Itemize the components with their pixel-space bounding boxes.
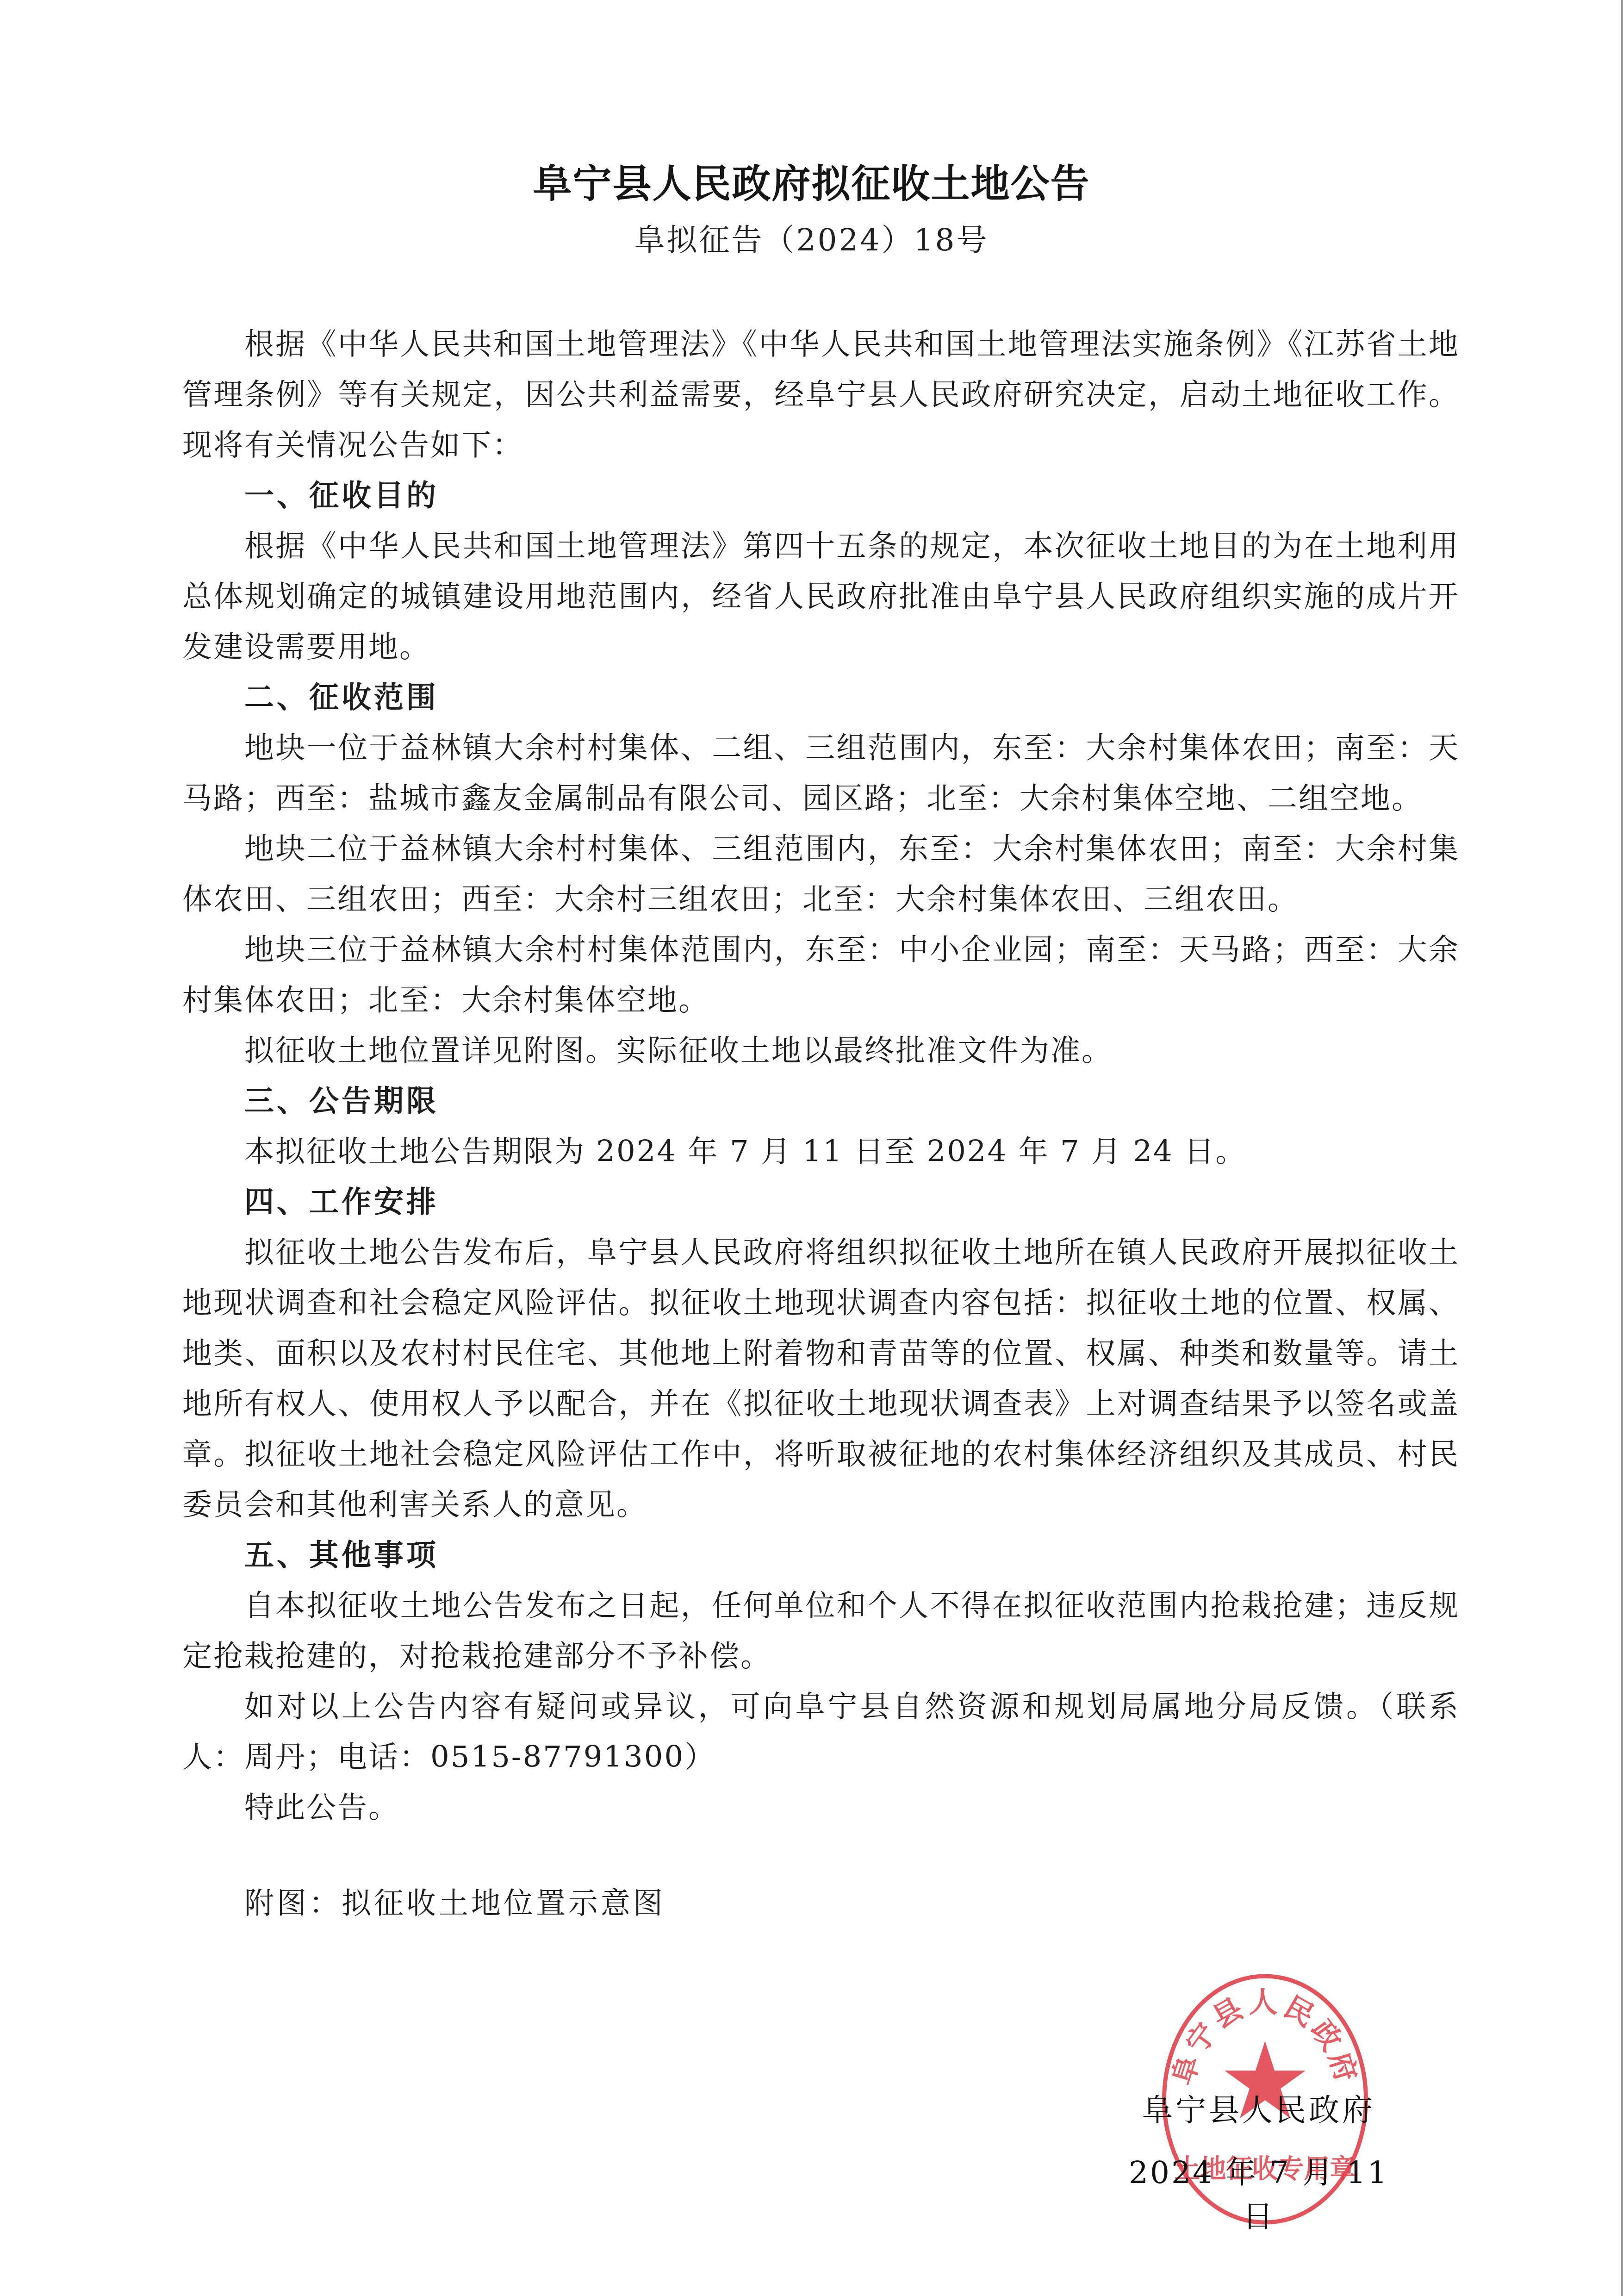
- document-number: 阜拟征告（2024）18号: [0, 215, 1623, 259]
- closing-paragraph: 特此公告。: [182, 1783, 1460, 1833]
- contact-paragraph: 如对以上公告内容有疑问或异议，可向阜宁县自然资源和规划局属地分局反馈。（联系人：…: [182, 1682, 1460, 1783]
- document-title: 阜宁县人民政府拟征收土地公告: [0, 153, 1623, 209]
- signature-organization: 阜宁县人民政府: [1125, 2085, 1393, 2129]
- prohibition-paragraph: 自本拟征收土地公告发布之日起，任何单位和个人不得在拟征收范围内抢栽抢建；违反规定…: [182, 1581, 1460, 1682]
- purpose-paragraph: 根据《中华人民共和国土地管理法》第四十五条的规定，本次征收土地目的为在土地利用总…: [182, 521, 1460, 673]
- parcel-one-paragraph: 地块一位于益林镇大余村村集体、二组、三组范围内，东至：大余村集体农田；南至：天马…: [182, 723, 1460, 824]
- parcel-two-paragraph: 地块二位于益林镇大余村村集体、三组范围内，东至：大余村集体农田；南至：大余村集体…: [182, 824, 1460, 925]
- document-page: 阜宁县人民政府拟征收土地公告 阜拟征告（2024）18号 根据《中华人民共和国土…: [0, 0, 1623, 2296]
- period-paragraph: 本拟征收土地公告期限为 2024 年 7 月 11 日至 2024 年 7 月 …: [182, 1127, 1460, 1177]
- page-edge: [1621, 0, 1623, 2296]
- parcel-three-paragraph: 地块三位于益林镇大余村村集体范围内，东至：中小企业园；南至：天马路；西至：大余村…: [182, 925, 1460, 1026]
- section-heading-scope: 二、征收范围: [182, 673, 1460, 723]
- document-body: 根据《中华人民共和国土地管理法》《中华人民共和国土地管理法实施条例》《江苏省土地…: [182, 319, 1460, 1833]
- section-heading-period: 三、公告期限: [182, 1076, 1460, 1127]
- signature-date: 2024 年 7 月 11 日: [1125, 2148, 1393, 2236]
- section-heading-arrangement: 四、工作安排: [182, 1177, 1460, 1228]
- intro-paragraph: 根据《中华人民共和国土地管理法》《中华人民共和国土地管理法实施条例》《江苏省土地…: [182, 319, 1460, 471]
- section-heading-other: 五、其他事项: [182, 1530, 1460, 1581]
- arrangement-paragraph: 拟征收土地公告发布后，阜宁县人民政府将组织拟征收土地所在镇人民政府开展拟征收土地…: [182, 1228, 1460, 1530]
- section-heading-purpose: 一、征收目的: [182, 471, 1460, 521]
- attachment-note: 附图：拟征收土地位置示意图: [244, 1879, 665, 1922]
- location-note-paragraph: 拟征收土地位置详见附图。实际征收土地以最终批准文件为准。: [182, 1026, 1460, 1076]
